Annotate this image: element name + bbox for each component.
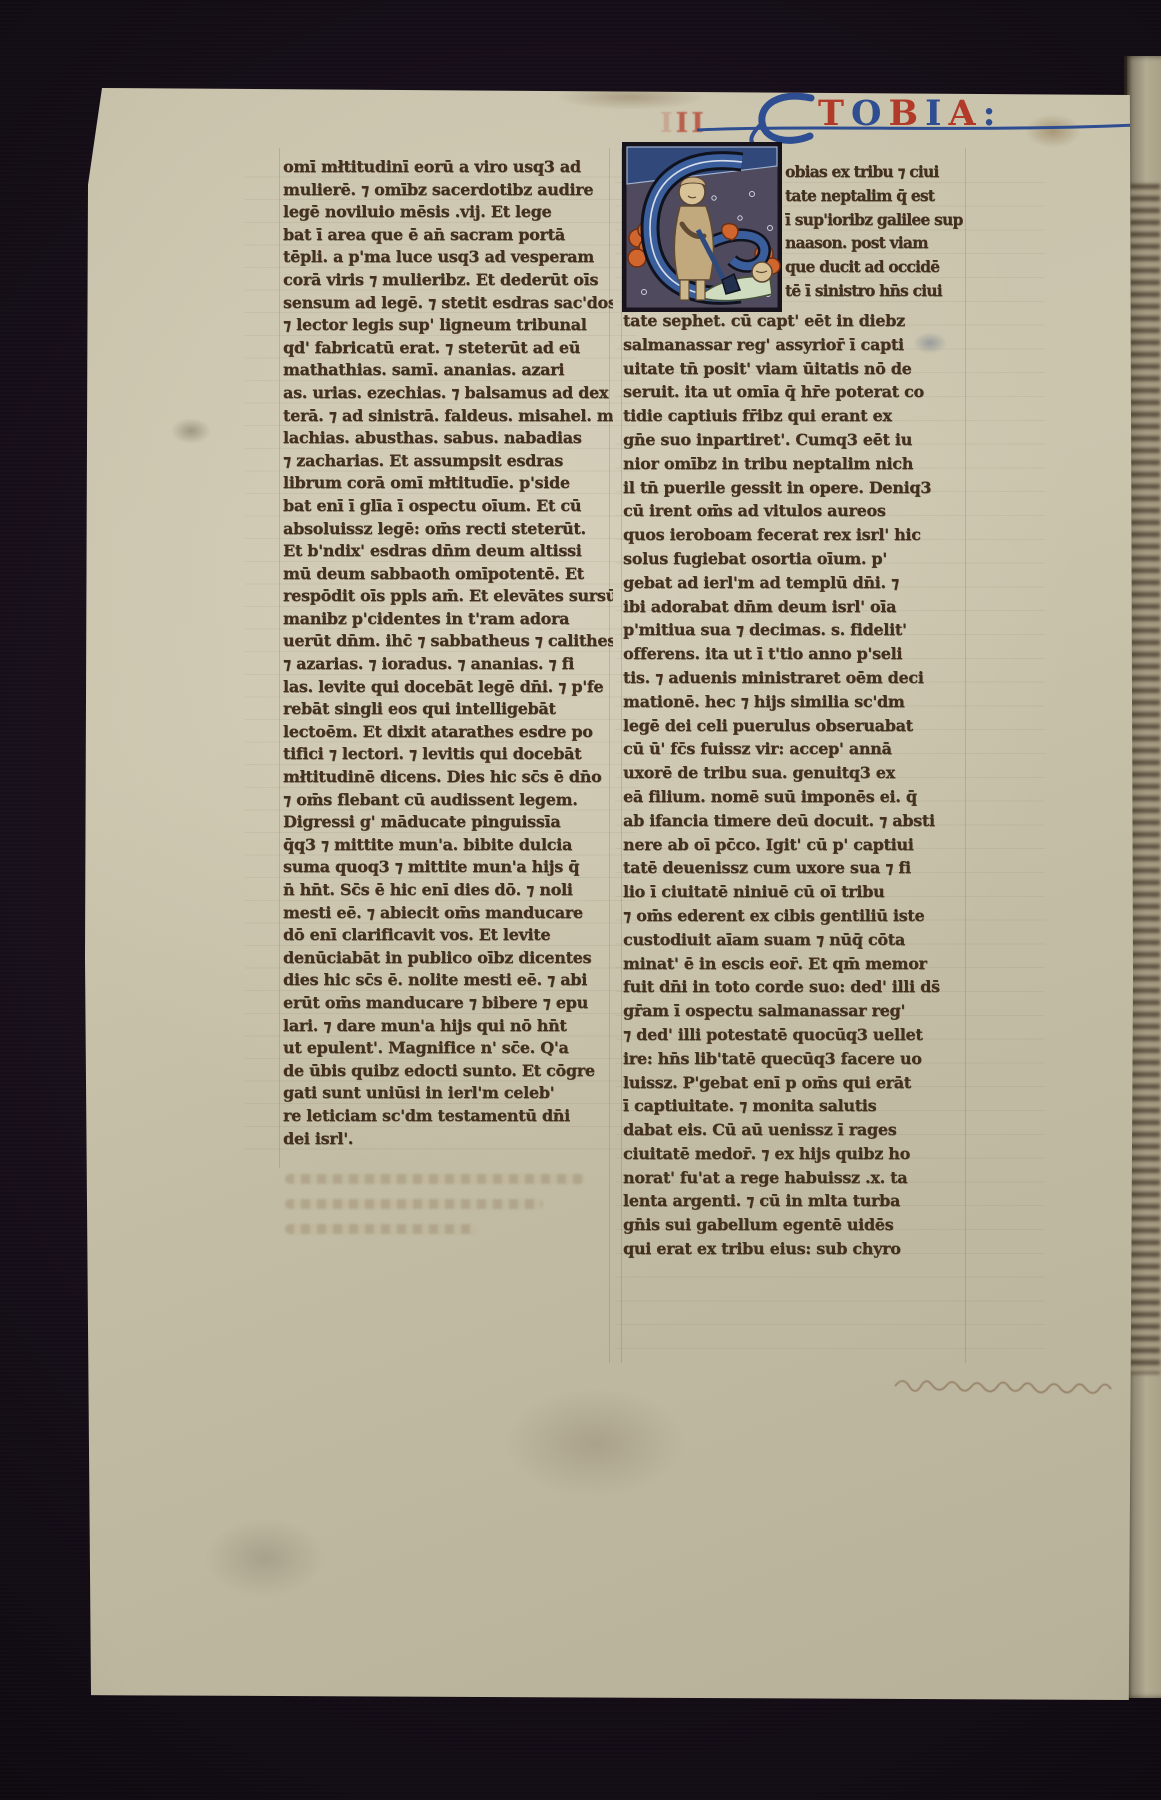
right-text-column: tate sephet. cū capt' eēt in diebzsalman… <box>623 309 959 1261</box>
illuminated-initial-T: T <box>622 142 782 312</box>
text-line: ī captiuitate. ⁊ monita salutis <box>623 1094 959 1118</box>
text-line: rebāt singli eos qui intelligebāt <box>283 698 613 721</box>
text-line: lectoēm. Et dixit atarathes esdre po <box>283 721 613 744</box>
text-line: ⁊ zacharias. Et assumpsit esdras <box>283 450 613 473</box>
parchment-stain <box>205 1518 325 1598</box>
text-line: manibz p'cidentes in t'ram adora <box>283 608 613 631</box>
header-letter: O <box>851 92 882 136</box>
text-line: cū irent om̄s ad vitulos aureos <box>623 499 959 523</box>
text-line: tate neptalim q̄ est <box>785 184 963 208</box>
text-line: gn̄is sui gabellum egentē uidēs <box>623 1213 959 1237</box>
text-line: minat' ē in escis eor̄. Et qm̄ memor <box>623 952 959 976</box>
text-line: corā viris ⁊ mulieribz. Et dederūt oīs <box>283 269 613 292</box>
text-line: legē noviluio mēsis .vij. Et lege <box>283 201 613 224</box>
text-line: bat ī area que ē an̄ sacram portā <box>283 224 613 247</box>
text-line: luissz. P'gebat enī p om̄s qui erāt <box>623 1071 959 1095</box>
text-line: re leticiam sc'dm testamentū dn̄i <box>283 1105 613 1128</box>
text-line: lari. ⁊ dare mun'a hijs qui nō hn̄t <box>283 1015 613 1038</box>
text-line: custodiuit aīam suam ⁊ nūq̄ cōta <box>623 928 959 952</box>
parchment-stain <box>171 418 211 444</box>
header-letter: I <box>925 92 941 136</box>
text-line: ire: hn̄s lib'tatē quecūq3 facere uo <box>623 1047 959 1071</box>
text-line: gn̄e suo inpartiret'. Cumq3 eēt iu <box>623 428 959 452</box>
text-line: mesti eē. ⁊ abiecit om̄s manducare <box>283 902 613 925</box>
text-line: naason. post viam <box>785 231 963 255</box>
text-line: ⁊ om̄s ederent ex cibis gentiliū iste <box>623 904 959 928</box>
text-line: tate sephet. cū capt' eēt in diebz <box>623 309 959 333</box>
text-line: Et b'ndix' esdras dn̄m deum altissi <box>283 540 613 563</box>
text-line: dei isrl'. <box>283 1128 613 1151</box>
text-line: offerens. ita ut ī t'tio anno p'seli <box>623 642 959 666</box>
text-line: salmanassar reg' assyrior̄ ī capti <box>623 333 959 357</box>
text-line: lio ī ciuitatē niniuē cū oī tribu <box>623 880 959 904</box>
text-line: respōdit oīs ppls am̄. Et elevātes sursū <box>283 585 613 608</box>
text-line: ciuitatē medor̄. ⁊ ex hijs quibz ho <box>623 1142 959 1166</box>
text-line: erūt om̄s manducare ⁊ bibere ⁊ epu <box>283 992 613 1015</box>
text-line: mationē. hec ⁊ hijs similia sc'dm <box>623 690 959 714</box>
text-line: omī młtitudinī eorū a viro usq3 ad <box>283 156 613 179</box>
text-line: dō enī clarificavit vos. Et levite <box>283 924 613 947</box>
text-line: q̄q3 ⁊ mittite mun'a. bibite dulcia <box>283 834 613 857</box>
text-line: nior omībz in tribu neptalim nich <box>623 452 959 476</box>
text-line: uerūt dn̄m. ihc̄ ⁊ sabbatheus ⁊ calithes <box>283 630 613 653</box>
text-line: tēpli. a p'ma luce usq3 ad vesperam <box>283 246 613 269</box>
text-line: młtitudinē dicens. Dies hic sc̄s ē dn̄o <box>283 766 613 789</box>
text-line: sensum ad legē. ⁊ stetit esdras sac'dos <box>283 292 613 315</box>
text-line: que ducit ad occidē <box>785 255 963 279</box>
header-letter: A <box>949 92 976 136</box>
text-line: lachias. abusthas. sabus. nabadias <box>283 427 613 450</box>
text-line: bat enī ī glīa ī ospectu oīum. Et cū <box>283 495 613 518</box>
text-line: ⁊ om̄s flebant cū audissent legem. <box>283 789 613 812</box>
text-line: uxorē de tribu sua. genuitq3 ex <box>623 761 959 785</box>
text-line: il tn̄ puerile gessit in opere. Deniq3 <box>623 476 959 500</box>
text-line: qd' fabricatū erat. ⁊ steterūt ad eū <box>283 337 613 360</box>
left-text-column: omī młtitudinī eorū a viro usq3 admulier… <box>283 156 613 1150</box>
header-letter: T <box>818 92 844 136</box>
text-line: tis. ⁊ aduenis ministraret oēm deci <box>623 666 959 690</box>
initial-miniature-burial-scene <box>622 142 782 312</box>
text-line: legē dei celi puerulus obseruabat <box>623 714 959 738</box>
text-line: fuit dn̄i in toto corde suo: ded' illi d… <box>623 975 959 999</box>
text-line: cū ū' fc̄s fuissz vir: accep' annā <box>623 737 959 761</box>
manuscript-page: III TOBIA: omī młtitudinī eorū a viro us… <box>85 88 1133 1700</box>
text-line: tifici ⁊ lectori. ⁊ levitis qui docebāt <box>283 743 613 766</box>
text-line: ⁊ lector legis sup' ligneum tribunal <box>283 314 613 337</box>
text-line: denūciabāt in publico oībz dicentes <box>283 947 613 970</box>
text-line: ⁊ azarias. ⁊ ioradus. ⁊ ananias. ⁊ fi <box>283 653 613 676</box>
text-line: librum corā omī młtitudīe. p'side <box>283 472 613 495</box>
text-line: eā filium. nomē suū imponēs ei. q̄ <box>623 785 959 809</box>
text-line: ⁊ ded' illi potestatē quocūq3 uellet <box>623 1023 959 1047</box>
ruling-vertical <box>965 148 966 1363</box>
text-line: tē ī sinistro hn̄s ciui <box>785 279 963 303</box>
text-line: terā. ⁊ ad sinistrā. faldeus. misahel. m… <box>283 405 613 428</box>
text-line: ī sup'ioribz galilee sup' <box>785 208 963 232</box>
header-letter: : <box>983 92 996 136</box>
parchment-stain <box>505 1388 685 1498</box>
text-line: obias ex tribu ⁊ ciui <box>785 160 963 184</box>
text-line: p'mitiua sua ⁊ decimas. s. fidelit' <box>623 618 959 642</box>
text-line: mulierē. ⁊ omībz sacerdotibz audire <box>283 179 613 202</box>
text-line: gebat ad ierl'm ad templū dn̄i. ⁊ <box>623 571 959 595</box>
running-header-title: TOBIA: <box>818 92 996 136</box>
manuscript-photograph: III TOBIA: omī młtitudinī eorū a viro us… <box>0 0 1161 1800</box>
text-line: seruit. ita ut omīa q̄ hr̄e poterat co <box>623 380 959 404</box>
text-line: dies hic sc̄s ē. nolite mesti eē. ⁊ abi <box>283 969 613 992</box>
text-line: ab ifancia timere deū docuit. ⁊ absti <box>623 809 959 833</box>
text-line: ut epulent'. Magnifice n' sc̄e. Q'a <box>283 1037 613 1060</box>
text-line: absoluissz legē: om̄s recti steterūt. <box>283 518 613 541</box>
text-line: lenta argenti. ⁊ cū in mlta turba <box>623 1189 959 1213</box>
ruling-vertical <box>621 148 622 1363</box>
text-line: mathathias. samī. ananias. azari <box>283 359 613 382</box>
text-line: gati sunt uniūsi in ierl'm celeb' <box>283 1082 613 1105</box>
text-line: n̄ hn̄t. Sc̄s ē hic enī dies dō. ⁊ noli <box>283 879 613 902</box>
text-line: dabat eis. Cū aū uenissz ī rages <box>623 1118 959 1142</box>
text-line: nere ab oī pc̄co. Igit' cū p' captiui <box>623 833 959 857</box>
text-line: las. levite qui docebāt legē dn̄i. ⁊ p'f… <box>283 676 613 699</box>
right-text-column-beside-initial: obias ex tribu ⁊ ciuitate neptalim q̄ es… <box>785 160 963 303</box>
text-line: quos ieroboam fecerat rex isrl' hic <box>623 523 959 547</box>
text-line: solus fugiebat osortia oīum. p' <box>623 547 959 571</box>
text-line: de ūbis quibz edocti sunto. Et cōgre <box>283 1060 613 1083</box>
text-line: tatē deuenissz cum uxore sua ⁊ fi <box>623 856 959 880</box>
text-line: ibi adorabat dn̄m deum isrl' oīa <box>623 595 959 619</box>
text-line: Digressi g' māducate pinguissīa <box>283 811 613 834</box>
text-line: mū deum sabbaoth omīpotentē. Et <box>283 563 613 586</box>
erased-rubric-lines <box>285 1174 585 1258</box>
marginal-annotation-cursive <box>891 1372 1141 1396</box>
ruling-vertical <box>279 148 280 1168</box>
text-line: gr̄am ī ospectu salmanassar reg' <box>623 999 959 1023</box>
header-letter: B <box>889 92 919 136</box>
text-line: uitate tn̄ posit' viam ūitatis nō de <box>623 357 959 381</box>
text-line: tidie captiuis fr̄ibz qui erant ex <box>623 404 959 428</box>
showthrough-text-blur <box>1130 184 1160 1374</box>
text-line: norat' fu'at a rege habuissz .x. ta <box>623 1166 959 1190</box>
text-line: qui erat ex tribu eius: sub chyro <box>623 1237 959 1261</box>
text-line: as. urias. ezechias. ⁊ balsamus ad dex <box>283 382 613 405</box>
text-line: suma quoq3 ⁊ mittite mun'a hijs q̄ <box>283 856 613 879</box>
